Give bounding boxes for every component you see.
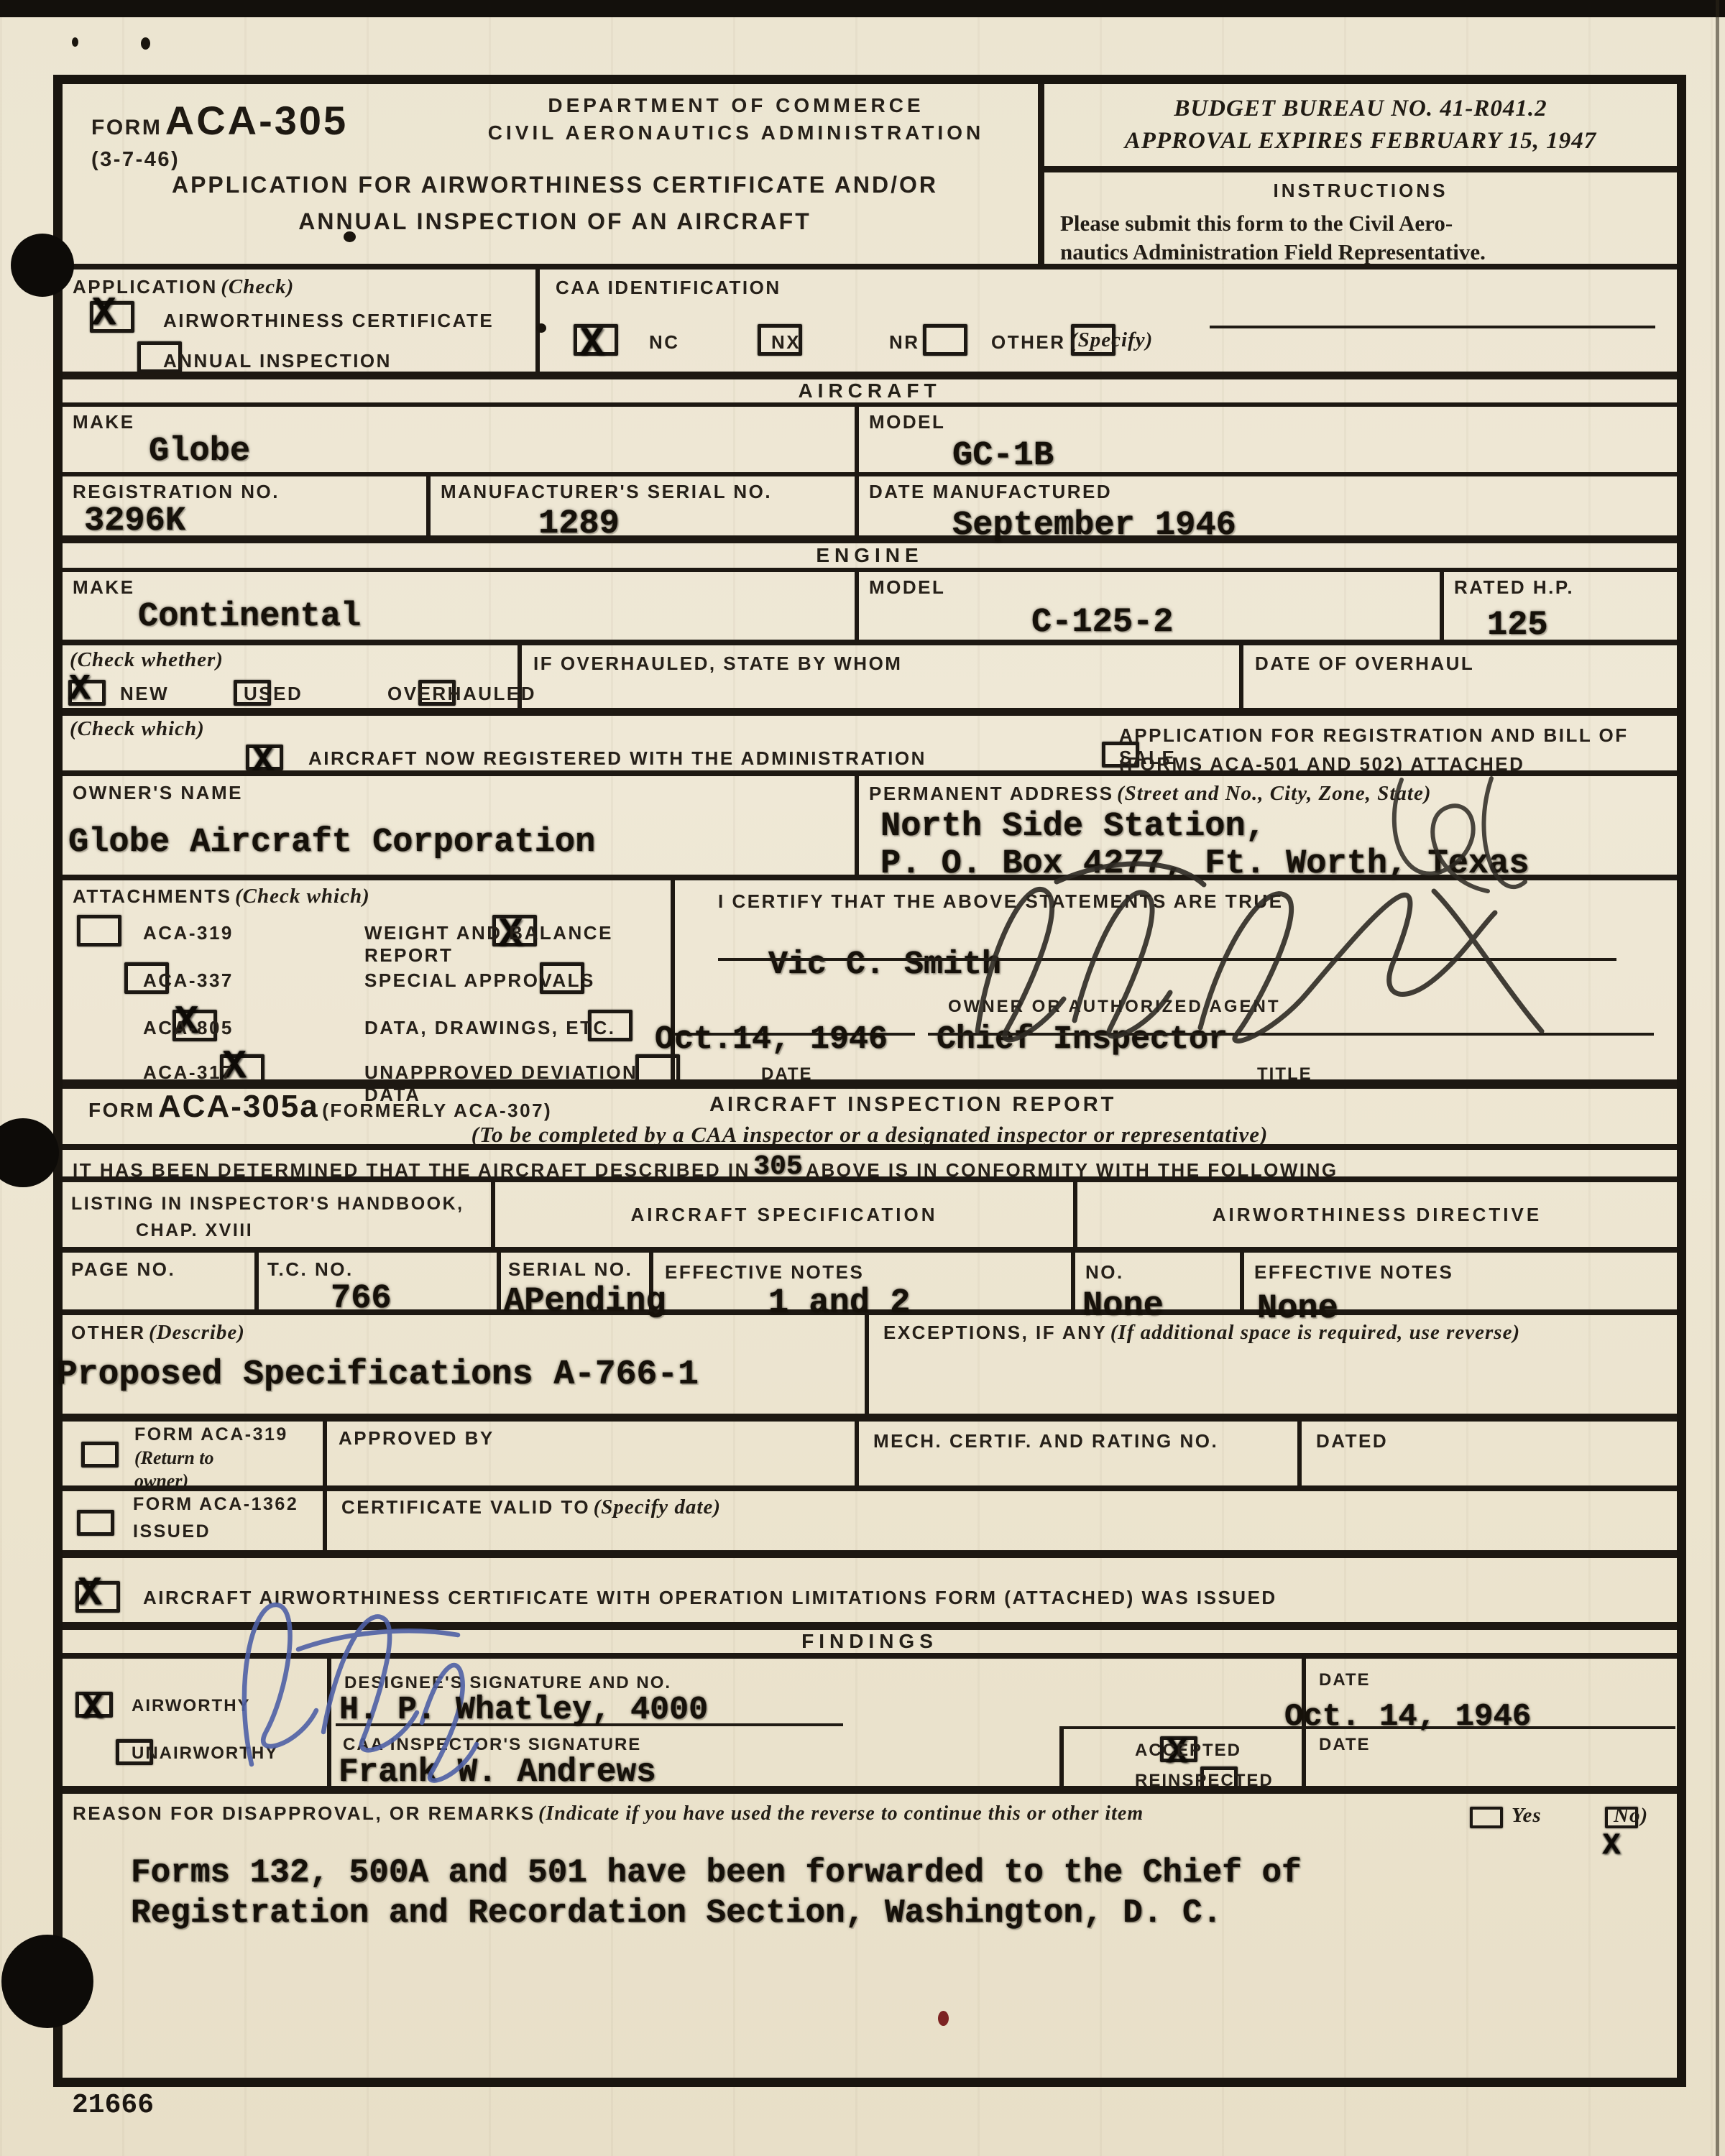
form-header: FORM ACA-305 (3-7-46) DEPARTMENT OF COMM… <box>63 84 1677 264</box>
owner-name-label: OWNER'S NAME <box>73 782 243 804</box>
instructions-title: INSTRUCTIONS <box>1044 180 1677 202</box>
305a-form-number: ACA-305a <box>158 1089 319 1124</box>
label-other: OTHER <box>991 331 1066 354</box>
attachments-italic: (Check which) <box>235 885 370 908</box>
form-aca-305: FORM ACA-305 (3-7-46) DEPARTMENT OF COMM… <box>53 75 1686 2087</box>
certificate-valid-to-label: CERTIFICATE VALID TO <box>341 1496 590 1518</box>
check-whether-label: (Check whether) <box>70 648 224 672</box>
form-title-block: APPLICATION FOR AIRWORTHINESS CERTIFICAT… <box>91 172 1018 235</box>
form-title-line1: APPLICATION FOR AIRWORTHINESS CERTIFICAT… <box>91 172 1018 198</box>
designee-date-label: DATE <box>1319 1670 1371 1690</box>
checkbox-aca-319[interactable] <box>77 915 121 946</box>
check-mark: X <box>69 669 91 710</box>
aca-1362-row: FORM ACA-1362 ISSUED CERTIFICATE VALID T… <box>63 1485 1677 1550</box>
aircraft-make-label: MAKE <box>73 411 135 433</box>
designee-date-value: Oct. 14, 1946 <box>1284 1699 1531 1735</box>
305a-formerly: (FORMERLY ACA-307) <box>322 1100 552 1121</box>
listing-handbook-line1: LISTING IN INSPECTOR'S HANDBOOK, <box>71 1194 491 1215</box>
label-aircraft-registered: AIRCRAFT NOW REGISTERED WITH THE ADMINIS… <box>308 747 926 770</box>
department-line2: CIVIL AERONAUTICS ADMINISTRATION <box>463 121 1009 144</box>
engine-make-model-row: MAKE Continental MODEL C-125-2 RATED H.P… <box>63 568 1677 640</box>
checkbox-aircraft-registered[interactable]: X <box>246 745 283 770</box>
checkbox-remarks-yes[interactable] <box>1470 1807 1503 1828</box>
department-line1: DEPARTMENT OF COMMERCE <box>463 94 1009 117</box>
option-airworthiness-certificate: AIRWORTHINESS CERTIFICATE <box>163 310 494 332</box>
label-remarks-yes: Yes <box>1512 1804 1542 1828</box>
mech-certif-label: MECH. CERTIF. AND RATING NO. <box>873 1430 1218 1452</box>
check-mark: X <box>78 1570 102 1616</box>
spec-values-row: PAGE NO. T.C. NO. 766 SERIAL NO. APendin… <box>63 1247 1677 1309</box>
label-aca-337: ACA-337 <box>143 969 234 992</box>
certification-cell: I CERTIFY THAT THE ABOVE STATEMENTS ARE … <box>675 880 1677 1079</box>
overhauled-by-whom-label: IF OVERHAULED, STATE BY WHOM <box>533 653 902 675</box>
attachments-certification-row: ATTACHMENTS (Check which) ACA-319 ACA-33… <box>63 875 1677 1079</box>
scan-speck <box>344 231 356 242</box>
form-revision-date: (3-7-46) <box>91 148 348 172</box>
remarks-italic: (Indicate if you have used the reverse t… <box>538 1802 1144 1825</box>
registration-status-row: (Check which) X AIRCRAFT NOW REGISTERED … <box>63 708 1677 770</box>
checkbox-nc[interactable]: X <box>574 324 618 356</box>
exceptions-label: EXCEPTIONS, IF ANY <box>883 1322 1107 1343</box>
engine-section-title: ENGINE <box>63 544 1677 567</box>
option-annual-inspection: ANNUAL INSPECTION <box>163 350 392 372</box>
check-mark: X <box>92 290 116 336</box>
findings-table: X AIRWORTHY UNAIRWORTHY DESIGNEE'S SIGNA… <box>63 1653 1677 1786</box>
label-nr: NR <box>889 331 920 354</box>
listing-handbook-line2: CHAP. XVIII <box>136 1220 491 1241</box>
instructions-line1: Please submit this form to the Civil Aer… <box>1060 209 1664 238</box>
scan-speck <box>141 37 150 50</box>
checkbox-form-aca-319-return[interactable] <box>81 1442 119 1468</box>
checkbox-engine-new[interactable]: X <box>68 680 106 706</box>
engine-make-value: Continental <box>138 598 361 636</box>
certificate-issued-row: X AIRCRAFT AIRWORTHINESS CERTIFICATE WIT… <box>63 1550 1677 1622</box>
registration-no-label: REGISTRATION NO. <box>73 481 280 503</box>
page-no-label: PAGE NO. <box>71 1258 175 1281</box>
checkbox-certificate-issued[interactable]: X <box>75 1581 120 1613</box>
caa-inspector-signature-label: CAA INSPECTOR'S SIGNATURE <box>343 1735 641 1755</box>
aircraft-registration-row: REGISTRATION NO. 3296K MANUFACTURER'S SE… <box>63 472 1677 535</box>
rated-hp-value: 125 <box>1487 607 1548 645</box>
check-mark: X <box>1602 1828 1620 1863</box>
label-other-specify: (Specify) <box>1070 328 1153 352</box>
instructions-line2: nautics Administration Field Representat… <box>1060 238 1664 267</box>
scan-artifact-edge <box>1716 0 1719 2156</box>
scan-speck <box>72 37 78 47</box>
label-nx: NX <box>771 331 801 354</box>
check-which-label: (Check which) <box>70 717 205 741</box>
address-line1-value: North Side Station, <box>880 808 1266 846</box>
serial-no-label: SERIAL NO. <box>508 1258 632 1281</box>
other-italic: (Describe) <box>149 1321 245 1344</box>
application-section: APPLICATION (Check) X AIRWORTHINESS CERT… <box>63 264 1677 372</box>
tc-no-value: 766 <box>331 1280 392 1318</box>
directive-no-label: NO. <box>1085 1261 1124 1284</box>
findings-title-row: FINDINGS <box>63 1622 1677 1653</box>
findings-section-title: FINDINGS <box>63 1630 1677 1653</box>
certificate-valid-to-italic: (Specify date) <box>594 1496 721 1519</box>
engine-condition-row: (Check whether) X NEW USED OVERHAULED IF… <box>63 640 1677 708</box>
remarks-label: REASON FOR DISAPPROVAL, OR REMARKS <box>73 1802 535 1824</box>
caa-identification-label: CAA IDENTIFICATION <box>556 277 781 299</box>
signature-line[interactable] <box>718 958 1616 961</box>
scan-artifact-red-dot <box>938 2011 949 2026</box>
effective-notes-label: EFFECTIVE NOTES <box>665 1261 864 1284</box>
form-label: FORM <box>91 116 162 139</box>
aircraft-model-label: MODEL <box>869 411 945 433</box>
certify-title-line[interactable] <box>928 1033 1654 1036</box>
certify-statement: I CERTIFY THAT THE ABOVE STATEMENTS ARE … <box>718 890 1284 913</box>
scan-speck <box>536 323 546 333</box>
owner-row: OWNER'S NAME Globe Aircraft Corporation … <box>63 770 1677 875</box>
instructions-block: INSTRUCTIONS Please submit this form to … <box>1044 166 1677 267</box>
label-unairworthy: UNAIRWORTHY <box>132 1743 278 1764</box>
scanned-document-page: FORM ACA-305 (3-7-46) DEPARTMENT OF COMM… <box>0 0 1725 2156</box>
findings-divider-1 <box>327 1659 331 1792</box>
form-title-line2: ANNUAL INSPECTION OF AN AIRCRAFT <box>91 208 1018 235</box>
date-of-overhaul-label: DATE OF OVERHAUL <box>1255 653 1474 675</box>
directive-notes-value: None <box>1257 1290 1338 1328</box>
engine-model-label: MODEL <box>869 576 945 599</box>
serial-no-value: APending <box>504 1283 666 1321</box>
approved-by-label: APPROVED BY <box>339 1427 494 1450</box>
aircraft-section-title: AIRCRAFT <box>63 379 1677 402</box>
spec-header-row: LISTING IN INSPECTOR'S HANDBOOK, CHAP. X… <box>63 1176 1677 1247</box>
label-data-drawings: DATA, DRAWINGS, ETC. <box>364 1017 615 1039</box>
designee-signature-label: DESIGNEE'S SIGNATURE AND NO. <box>344 1673 671 1693</box>
department-block: DEPARTMENT OF COMMERCE CIVIL AERONAUTICS… <box>463 94 1009 144</box>
form-number: ACA-305 <box>165 98 348 143</box>
effective-notes-value: 1 and 2 <box>768 1284 910 1322</box>
checkbox-form-aca-1362[interactable] <box>77 1510 114 1536</box>
inspection-report-subtitle: (To be completed by a CAA inspector or a… <box>471 1122 1269 1147</box>
remarks-row: REASON FOR DISAPPROVAL, OR REMARKS (Indi… <box>63 1786 1677 2078</box>
punch-hole-middle <box>0 1118 59 1187</box>
other-specify-line[interactable] <box>1210 326 1655 328</box>
label-nc: NC <box>649 331 680 354</box>
form-number-block: FORM ACA-305 (3-7-46) <box>91 97 348 172</box>
engine-model-value: C-125-2 <box>1031 604 1173 642</box>
date-manufactured-value: September 1946 <box>952 507 1236 545</box>
other-label: OTHER <box>71 1322 146 1343</box>
form-aca-319-label: FORM ACA-319 <box>134 1424 288 1445</box>
aircraft-specification-header: AIRCRAFT SPECIFICATION <box>631 1204 938 1226</box>
punch-hole-top <box>11 234 74 297</box>
owner-agent-label: OWNER OR AUTHORIZED AGENT <box>948 997 1281 1017</box>
aircraft-model-value: GC-1B <box>952 437 1054 475</box>
other-exceptions-row: OTHER (Describe) Proposed Specifications… <box>63 1309 1677 1414</box>
findings-divider-2 <box>1059 1726 1064 1792</box>
rated-hp-label: RATED H.P. <box>1454 576 1574 599</box>
date-manufactured-label: DATE MANUFACTURED <box>869 481 1112 503</box>
certificate-issued-label: AIRCRAFT AIRWORTHINESS CERTIFICATE WITH … <box>143 1587 1277 1609</box>
label-accepted: ACCEPTED <box>1135 1741 1241 1761</box>
engine-make-label: MAKE <box>73 576 135 599</box>
inspector-date-label: DATE <box>1319 1735 1371 1755</box>
owner-name-value: Globe Aircraft Corporation <box>68 824 595 862</box>
checkbox-airworthiness-certificate[interactable]: X <box>90 301 134 333</box>
aircraft-make-model-row: MAKE Globe MODEL GC-1B <box>63 402 1677 472</box>
punch-hole-bottom <box>1 1935 93 2028</box>
aca-319-row: FORM ACA-319 (Return to owner) APPROVED … <box>63 1414 1677 1485</box>
determination-row: IT HAS BEEN DETERMINED THAT THE AIRCRAFT… <box>63 1144 1677 1176</box>
mfr-serial-label: MANUFACTURER'S SERIAL NO. <box>441 481 772 503</box>
inspection-report-title: AIRCRAFT INSPECTION REPORT <box>709 1093 1116 1117</box>
label-weight-balance: WEIGHT AND BALANCE REPORT <box>364 922 671 967</box>
label-remarks-no: No) <box>1614 1804 1648 1828</box>
other-value: Proposed Specifications A-766-1 <box>57 1355 699 1394</box>
checkbox-nr[interactable] <box>923 324 967 356</box>
certify-title-value: Chief Inspector <box>937 1021 1228 1058</box>
budget-bureau-block: BUDGET BUREAU NO. 41-R041.2 APPROVAL EXP… <box>1044 84 1677 166</box>
return-to-line1: (Return to <box>134 1447 214 1469</box>
engine-section-title-row: ENGINE <box>63 535 1677 568</box>
scan-artifact-top-band <box>0 0 1725 17</box>
budget-bureau-no: BUDGET BUREAU NO. 41-R041.2 <box>1044 96 1677 122</box>
directive-notes-label: EFFECTIVE NOTES <box>1254 1261 1453 1284</box>
label-engine-new: NEW <box>120 683 169 705</box>
designee-signature-value: H. P. Whatley, 4000 <box>339 1692 708 1728</box>
label-aca-805: ACA-805 <box>143 1017 234 1039</box>
check-mark: X <box>82 1688 103 1729</box>
remarks-body-line2: Registration and Recordation Section, Wa… <box>131 1894 1222 1932</box>
dated-label: DATED <box>1316 1430 1388 1452</box>
label-engine-overhauled: OVERHAULED <box>387 683 536 705</box>
inspection-report-header: FORM ACA-305a (FORMERLY ACA-307) AIRCRAF… <box>63 1079 1677 1144</box>
permanent-address-italic: (Street and No., City, Zone, State) <box>1117 782 1432 805</box>
form-aca-1362-label: FORM ACA-1362 <box>133 1494 298 1515</box>
check-mark: X <box>580 321 604 367</box>
checkbox-airworthy[interactable]: X <box>75 1692 113 1718</box>
certifier-name-typed: Vic C. Smith <box>768 946 1001 983</box>
label-aca-319: ACA-319 <box>143 922 234 944</box>
aircraft-make-value: Globe <box>149 433 250 471</box>
airworthiness-directive-header: AIRWORTHINESS DIRECTIVE <box>1213 1204 1542 1226</box>
certify-date-value: Oct.14, 1946 <box>655 1021 888 1058</box>
document-number: 21666 <box>72 2090 154 2121</box>
label-special-approvals: SPECIAL APPROVALS <box>364 969 595 992</box>
permanent-address-label: PERMANENT ADDRESS <box>869 783 1114 804</box>
label-airworthy: AIRWORTHY <box>132 1696 251 1716</box>
remarks-body-line1: Forms 132, 500A and 501 have been forwar… <box>131 1854 1302 1892</box>
approval-expires: APPROVAL EXPIRES FEBRUARY 15, 1947 <box>1044 128 1677 155</box>
tc-no-label: T.C. NO. <box>267 1258 354 1281</box>
issued-label: ISSUED <box>133 1521 211 1542</box>
label-engine-used: USED <box>244 683 303 705</box>
305a-form-label: FORM <box>88 1099 155 1121</box>
attachments-label: ATTACHMENTS <box>73 885 232 907</box>
directive-no-value: None <box>1082 1287 1164 1325</box>
aircraft-section-title-row: AIRCRAFT <box>63 372 1677 402</box>
